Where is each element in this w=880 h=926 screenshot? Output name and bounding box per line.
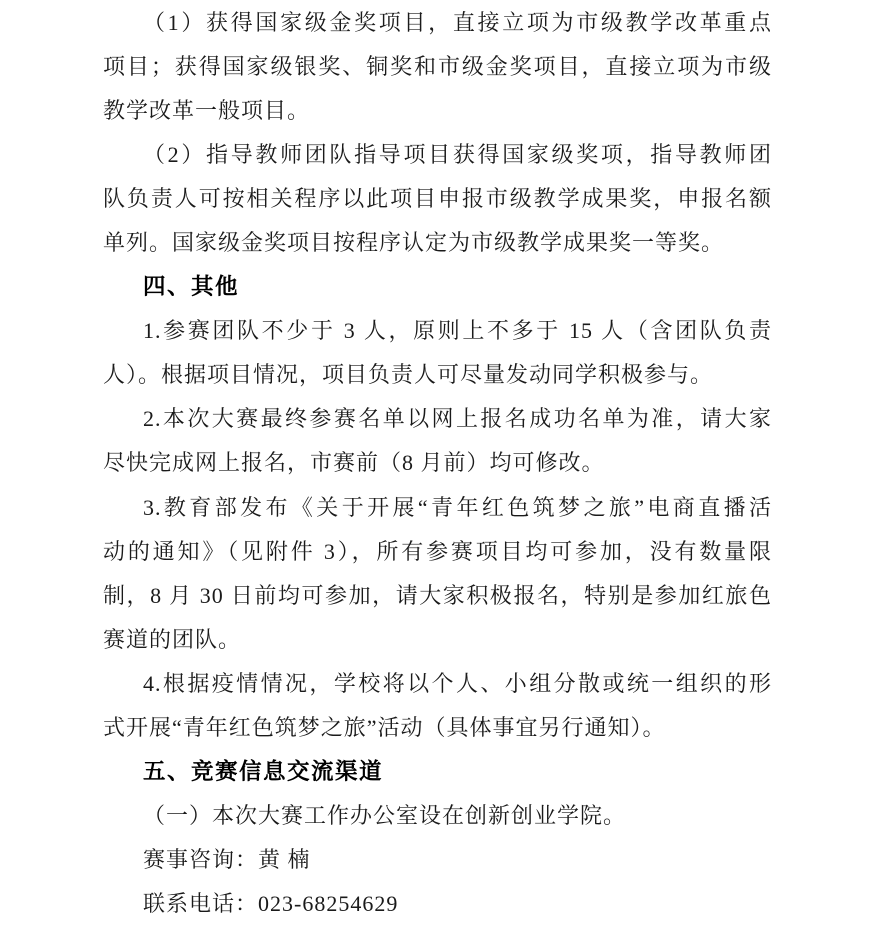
text-line: 1.参赛团队不少于 3 人，原则上不多于 15 人（含团队负责 [103,309,772,353]
text-line: 尽快完成网上报名，市赛前（8 月前）均可修改。 [103,441,772,485]
text-line: （一）本次大赛工作办公室设在创新创业学院。 [103,794,772,838]
text-line: （2）指导教师团队指导项目获得国家级奖项，指导教师团 [103,133,772,177]
text-line: 4.根据疫情情况，学校将以个人、小组分散或统一组织的形 [103,662,772,706]
text-line: 动的通知》（见附件 3），所有参赛项目均可参加，没有数量限 [103,530,772,574]
text-line: 赛道的团队。 [103,618,772,662]
text-line: 赛事咨询：黄 楠 [103,838,772,882]
text-line: 2.本次大赛最终参赛名单以网上报名成功名单为准，请大家 [103,397,772,441]
text-line: 教学改革一般项目。 [103,89,772,133]
text-line: 项目；获得国家级银奖、铜奖和市级金奖项目，直接立项为市级 [103,45,772,89]
document-page: （1）获得国家级金奖项目，直接立项为市级教学改革重点项目；获得国家级银奖、铜奖和… [0,0,880,926]
text-line: 3.教育部发布《关于开展“青年红色筑梦之旅”电商直播活 [103,486,772,530]
text-line: 单列。国家级金奖项目按程序认定为市级教学成果奖一等奖。 [103,221,772,265]
text-line: 联系电话：023-68254629 [103,882,772,926]
document-text: （1）获得国家级金奖项目，直接立项为市级教学改革重点项目；获得国家级银奖、铜奖和… [103,1,772,926]
section-heading: 四、其他 [103,265,772,309]
text-line: 队负责人可按相关程序以此项目申报市级教学成果奖，申报名额 [103,177,772,221]
text-line: （1）获得国家级金奖项目，直接立项为市级教学改革重点 [103,1,772,45]
text-line: 式开展“青年红色筑梦之旅”活动（具体事宜另行通知）。 [103,706,772,750]
section-heading: 五、竞赛信息交流渠道 [103,750,772,794]
text-line: 制，8 月 30 日前均可参加，请大家积极报名，特别是参加红旅色 [103,574,772,618]
text-line: 人）。根据项目情况，项目负责人可尽量发动同学积极参与。 [103,353,772,397]
